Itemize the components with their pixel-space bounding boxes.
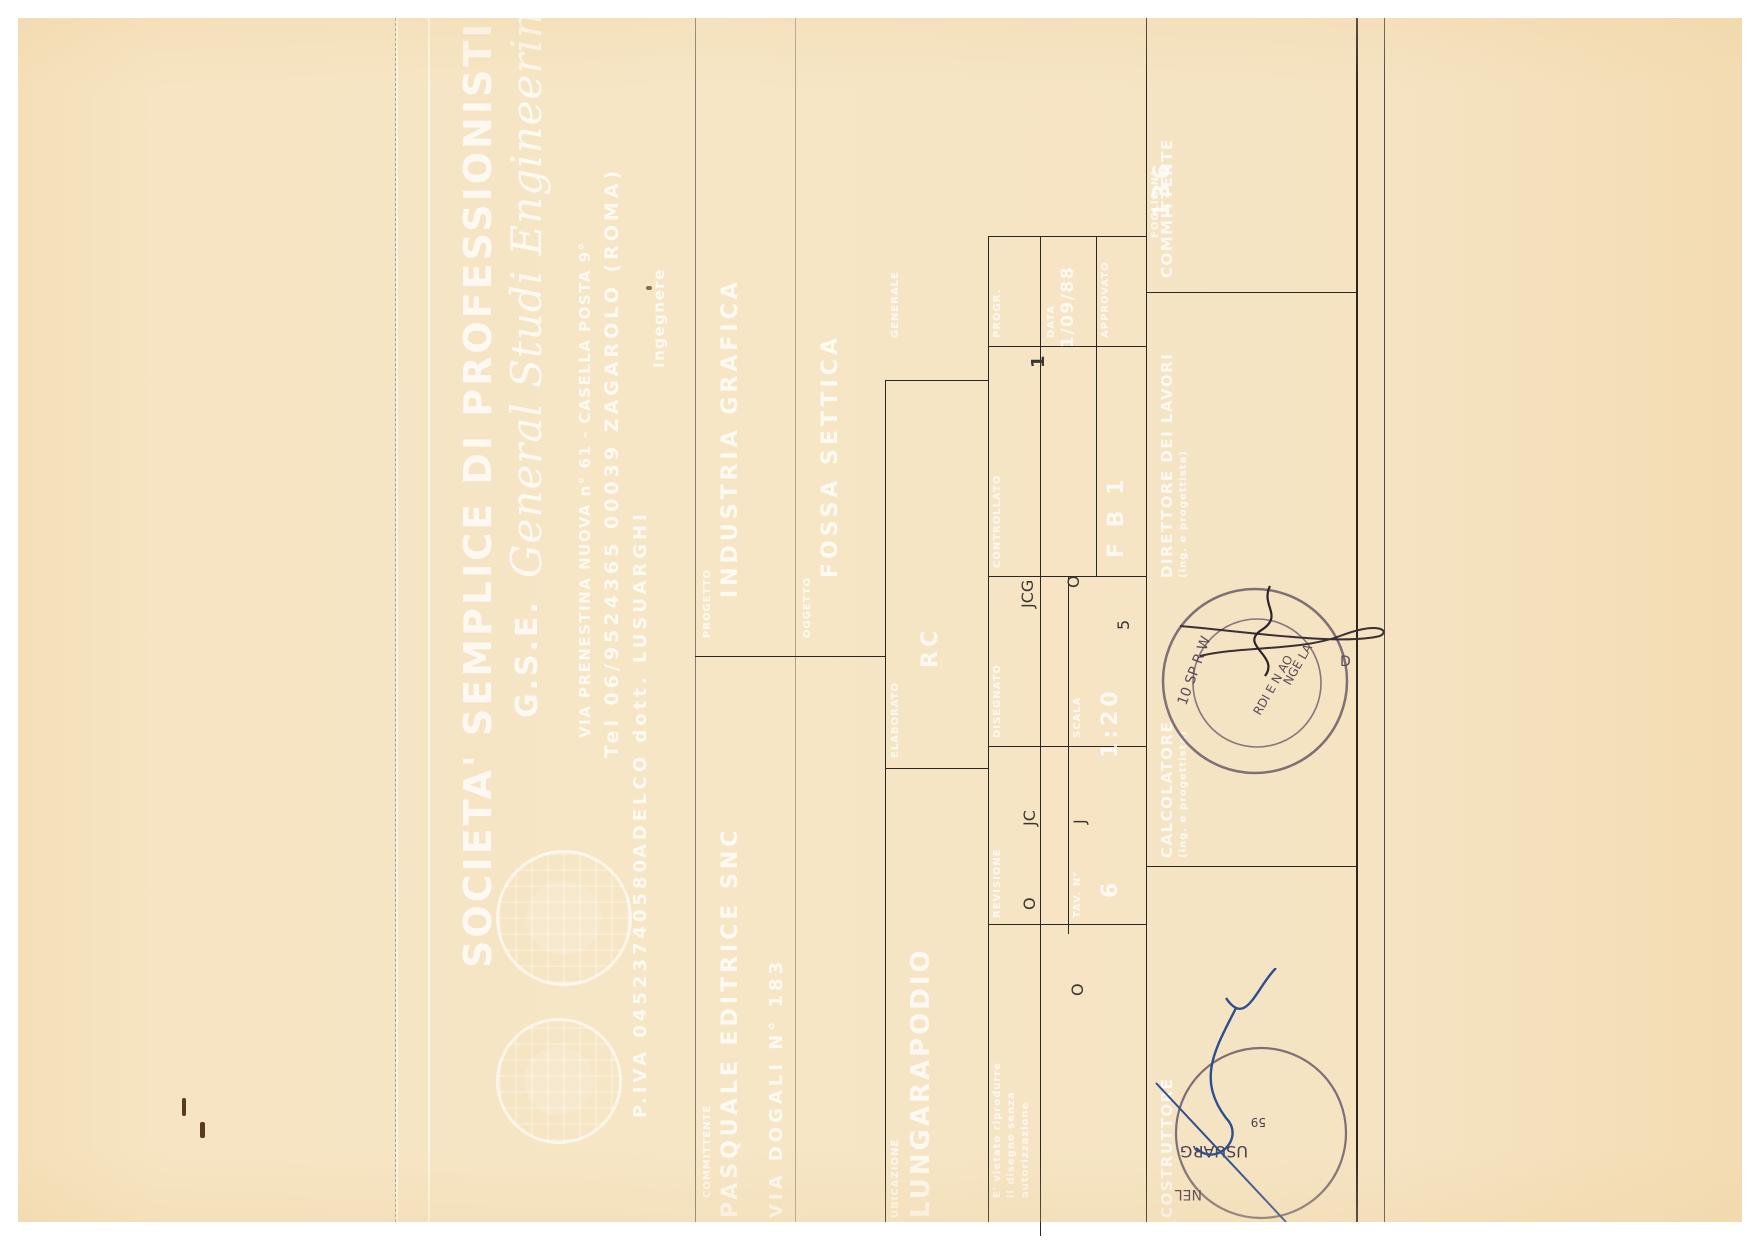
handwritten-mark: 5 (1114, 620, 1133, 630)
category-label-right: GENERALE (890, 271, 901, 338)
client-sign-label: COMMITTENTE (1158, 138, 1176, 278)
svg-text:NEL: NEL (1175, 1186, 1202, 1202)
svg-text:D: D (1340, 654, 1351, 670)
column-divider (795, 18, 796, 1222)
drawn-label: DISEGNATO (992, 664, 1003, 738)
project-label: PROGETTO (702, 569, 713, 638)
location-value: LUNGARAPODIO (906, 947, 936, 1218)
handwritten-mark: O (1064, 575, 1083, 588)
notes-line-3: autorizzazione (1020, 1102, 1031, 1198)
drawing-sheet: SOCIETA' SEMPLICE DI PROFESSIONISTI G.S.… (18, 18, 1742, 1222)
revision-label: REVISIONE (992, 848, 1003, 918)
handwritten-initials: JC (1020, 810, 1039, 826)
handwritten-mark: O (1020, 897, 1039, 910)
row-divider (885, 380, 988, 381)
firm-acronym: G.S.E. (510, 599, 545, 718)
approved-label: APPROVATO (1100, 261, 1111, 338)
firm-name: SOCIETA' SEMPLICE DI PROFESSIONISTI (456, 21, 500, 968)
scan-artifact (182, 1098, 186, 1116)
director-works-label: DIRETTORE DEI LAVORI (1158, 353, 1176, 578)
column-divider (1068, 576, 1069, 934)
firm-script-name: General Studi Engineering (502, 0, 551, 578)
subject-label: OGGETTO (802, 577, 813, 638)
notes-line-1: E' vietato riprodurre (992, 1062, 1003, 1198)
drawing-code: F B 1 (1104, 476, 1129, 558)
border-line (428, 18, 430, 1222)
firm-address: VIA PRENESTINA NUOVA n° 61 - CASELLA POS… (576, 241, 594, 738)
row-divider (1146, 292, 1356, 293)
scan-artifact (646, 286, 652, 290)
scan-artifact (200, 1122, 205, 1138)
date-value: 1/09/88 (1058, 266, 1078, 348)
client-label: COMMITTENTE (702, 1105, 713, 1198)
firm-vat: P.IVA 04523740580 (630, 856, 651, 1118)
engineer-seal-stamp-icon: 10 SP R W RDI E N AO NGE LA D (1140, 566, 1400, 806)
subject-value: FOSSA SETTICA (818, 334, 843, 578)
row-divider (885, 768, 988, 769)
category-value: RC (918, 627, 943, 668)
tav-value: 6 (1098, 879, 1123, 898)
handwritten-tick: 1 (1028, 355, 1049, 368)
firm-director: ADELCO dott. LUSUARGHI (630, 510, 651, 858)
firm-director-role: Ingegnere (650, 268, 668, 368)
client-name: PASQUALE EDITRICE SNC (718, 827, 743, 1218)
category-label: ELABORATO (890, 682, 901, 758)
handwritten-mark: J (1070, 819, 1089, 824)
company-stamp-icon: USUARG 59 NEL (1136, 968, 1366, 1222)
firm-logo-globe-icon (496, 1018, 622, 1144)
column-divider (1096, 236, 1097, 576)
firm-logo-globe-icon (496, 850, 632, 986)
location-label: UBICAZIONE (890, 1139, 901, 1218)
scale-value: 1:20 (1098, 687, 1123, 758)
row-divider (988, 924, 1146, 925)
column-divider (695, 18, 696, 1222)
tav-label: TAV. N° (1072, 871, 1083, 918)
column-divider (988, 236, 989, 1222)
checked-label: CONTROLLATO (992, 475, 1003, 568)
location-address: VIA DOGALI N° 183 (766, 958, 787, 1218)
handwritten-initials: JCG (1018, 580, 1037, 608)
row-divider (988, 236, 1146, 237)
fold-line (395, 18, 396, 1222)
project-value: INDUSTRIA GRAFICA (718, 278, 743, 598)
director-works-sub: (ing. e progettista) (1178, 450, 1189, 578)
progr-label: PROGR. (992, 289, 1003, 338)
row-divider (1146, 866, 1356, 867)
scale-label: SCALA (1072, 697, 1083, 738)
row-divider (695, 656, 885, 657)
notes-line-2: il disegno senza (1006, 1091, 1017, 1198)
margin-line (396, 18, 398, 1222)
column-divider (885, 380, 886, 1222)
column-divider (1040, 236, 1041, 1236)
svg-text:59: 59 (1251, 1115, 1266, 1129)
firm-city: Tel 06/9524365 00039 ZAGAROLO (ROMA) (601, 167, 623, 758)
date-label: DATA (1046, 305, 1057, 338)
handwritten-mark: O (1068, 983, 1087, 996)
